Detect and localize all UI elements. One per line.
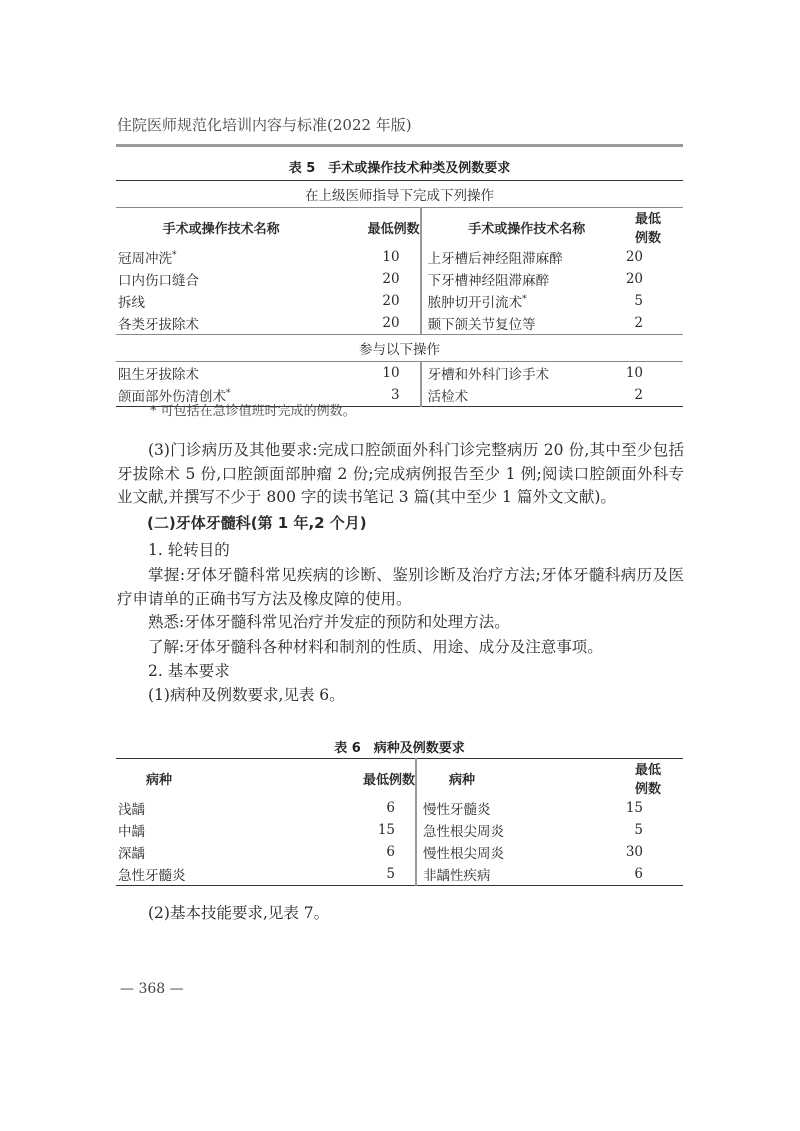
- running-head: 住院医师规范化培训内容与标准(2022 年版): [117, 114, 412, 135]
- col-header-count-right: 最低例数: [626, 759, 683, 798]
- table5-header-row: 手术或操作技术名称 最低例数 手术或操作技术名称 最低例数: [116, 208, 683, 247]
- cell-count: 2: [626, 384, 683, 407]
- col-header-count-right: 最低例数: [626, 208, 683, 247]
- table5: 在上级医师指导下完成下列操作 手术或操作技术名称 最低例数 手术或操作技术名称 …: [116, 180, 683, 407]
- table-row: 中龋 15 急性根尖周炎 5: [116, 819, 683, 841]
- cell-disease: 急性牙髓炎: [116, 863, 323, 886]
- cell-count: 20: [626, 268, 683, 290]
- col-header-count-left: 最低例数: [320, 208, 420, 247]
- cell-name: 口内伤口缝合: [118, 273, 199, 289]
- cell-count: 2: [626, 312, 683, 335]
- paragraph-table6-reference: (1)病种及例数要求,见表 6。: [117, 684, 684, 708]
- paragraph-outpatient-requirements: (3)门诊病历及其他要求:完成口腔颌面外科门诊完整病历 20 份,其中至少包括牙…: [117, 439, 684, 510]
- cell-name: 下牙槽神经阻滞麻醉: [428, 273, 550, 289]
- cell-count: 20: [320, 312, 420, 335]
- asterisk-mark: *: [226, 389, 231, 399]
- cell-count: 15: [323, 819, 416, 841]
- table-row: 冠周冲洗* 10 上牙槽后神经阻滞麻醉 20: [116, 246, 683, 268]
- paragraph-table7-reference: (2)基本技能要求,见表 7。: [117, 902, 684, 926]
- cell-name: 冠周冲洗: [118, 251, 172, 267]
- cell-name: 拆线: [118, 295, 145, 311]
- table6-title: 表 6 病种及例数要求: [116, 737, 683, 756]
- cell-disease: 浅龋: [116, 797, 323, 819]
- cell-count: 15: [626, 797, 683, 819]
- paragraph-familiar: 熟悉:牙体牙髓科常见治疗并发症的预防和处理方法。: [117, 611, 684, 635]
- table-row: 急性牙髓炎 5 非龋性疾病 6: [116, 863, 683, 886]
- cell-count: 20: [626, 246, 683, 268]
- asterisk-mark: *: [172, 251, 177, 261]
- asterisk-mark: *: [522, 295, 527, 305]
- cell-count: 10: [626, 362, 683, 385]
- col-header-name-right: 手术或操作技术名称: [421, 208, 626, 247]
- cell-count: 5: [626, 819, 683, 841]
- cell-count: 6: [323, 797, 416, 819]
- cell-name: 颞下颌关节复位等: [428, 317, 536, 333]
- cell-name: 牙槽和外科门诊手术: [428, 367, 550, 383]
- table5-section1-row: 在上级医师指导下完成下列操作: [116, 181, 683, 208]
- subheading-rotation-goal: 1. 轮转目的: [117, 539, 684, 563]
- header-rule: [116, 144, 683, 147]
- col-header-name-left: 手术或操作技术名称: [116, 208, 320, 247]
- table-row: 阻生牙拔除术 10 牙槽和外科门诊手术 10: [116, 362, 683, 385]
- cell-disease: 非龋性疾病: [416, 863, 626, 886]
- table-row: 深龋 6 慢性根尖周炎 30: [116, 841, 683, 863]
- cell-count: 20: [320, 268, 420, 290]
- cell-count: 30: [626, 841, 683, 863]
- cell-disease: 中龋: [116, 819, 323, 841]
- table-row: 各类牙拔除术 20 颞下颌关节复位等 2: [116, 312, 683, 335]
- table5-section1-label: 在上级医师指导下完成下列操作: [116, 181, 683, 208]
- table5-section2-label: 参与以下操作: [116, 335, 683, 362]
- page-number: — 368 —: [120, 981, 184, 997]
- table5-section2-row: 参与以下操作: [116, 335, 683, 362]
- cell-name: 上牙槽后神经阻滞麻醉: [428, 251, 563, 267]
- table-row: 拆线 20 脓肿切开引流术* 5: [116, 290, 683, 312]
- table-row: 浅龋 6 慢性牙髓炎 15: [116, 797, 683, 819]
- cell-count: 10: [320, 246, 420, 268]
- table-row: 口内伤口缝合 20 下牙槽神经阻滞麻醉 20: [116, 268, 683, 290]
- col-header-disease-left: 病种: [116, 759, 323, 798]
- cell-name: 脓肿切开引流术: [428, 295, 523, 311]
- cell-count: 5: [323, 863, 416, 886]
- table6-header-row: 病种 最低例数 病种 最低例数: [116, 759, 683, 798]
- table6: 病种 最低例数 病种 最低例数 浅龋 6 慢性牙髓炎 15 中龋 15 急性根尖…: [116, 758, 683, 886]
- section-heading: (二)牙体牙髓科(第 1 年,2 个月): [117, 512, 684, 536]
- cell-count: 5: [626, 290, 683, 312]
- table5-footnote: * 可包括在急诊值班时完成的例数。: [150, 400, 356, 419]
- cell-count: 10: [320, 362, 420, 385]
- cell-name: 各类牙拔除术: [118, 317, 199, 333]
- col-header-count-left: 最低例数: [323, 759, 416, 798]
- subheading-basic-requirements: 2. 基本要求: [117, 660, 684, 684]
- cell-name: 活检术: [428, 389, 469, 405]
- cell-name: 阻生牙拔除术: [118, 367, 199, 383]
- table5-title: 表 5 手术或操作技术种类及例数要求: [116, 157, 683, 176]
- cell-count: 6: [323, 841, 416, 863]
- cell-disease: 慢性牙髓炎: [416, 797, 626, 819]
- paragraph-understand: 了解:牙体牙髓科各种材料和制剂的性质、用途、成分及注意事项。: [117, 636, 684, 660]
- paragraph-master: 掌握:牙体牙髓科常见疾病的诊断、鉴别诊断及治疗方法;牙体牙髓科病历及医疗申请单的…: [117, 564, 684, 611]
- col-header-disease-right: 病种: [416, 759, 626, 798]
- cell-disease: 急性根尖周炎: [416, 819, 626, 841]
- cell-disease: 深龋: [116, 841, 323, 863]
- cell-count: 6: [626, 863, 683, 886]
- cell-count: 20: [320, 290, 420, 312]
- cell-disease: 慢性根尖周炎: [416, 841, 626, 863]
